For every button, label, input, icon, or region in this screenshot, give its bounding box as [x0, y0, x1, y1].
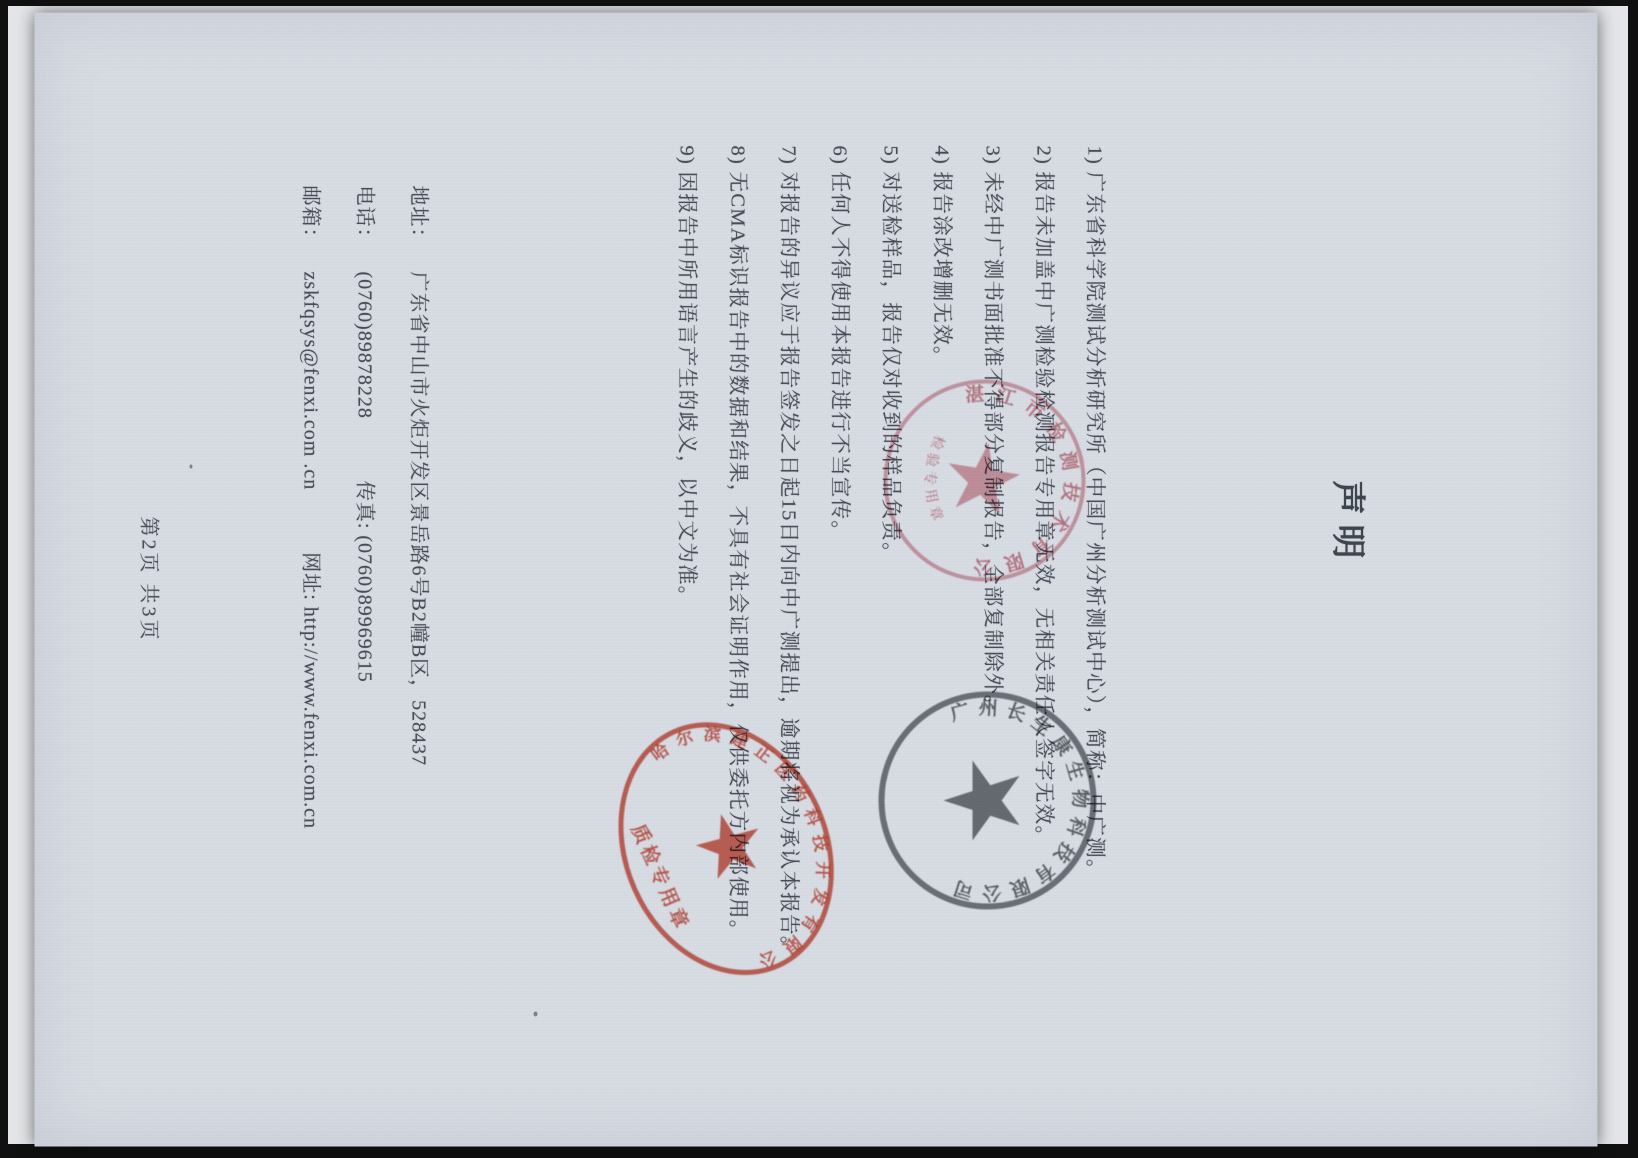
scan-speck: [534, 1012, 538, 1017]
stamp-round-pink: 湛江市检测技术有限公司 检验专用章: [870, 371, 1095, 591]
scan-frame: 声明 1) 广东省科学院测试分析研究所（中国广州分析测试中心），简称：中广测。 …: [0, 0, 1638, 1158]
document-page: 声明 1) 广东省科学院测试分析研究所（中国广州分析测试中心），简称：中广测。 …: [35, 13, 1598, 1147]
star-icon: [687, 810, 769, 891]
phone-label: 电话：: [338, 186, 392, 250]
phone-fax-row: 电话： (0760)89878228 传真: (0760)89969615: [338, 186, 392, 1046]
email-label: 邮箱：: [284, 186, 338, 250]
address-row: 地址： 广东省中山市火炬开发区景岳路6号B2幢B区，528437: [392, 186, 446, 1046]
email-value: zskfqsys@fenxi.com .cn: [300, 272, 322, 491]
fax-label: 传真:: [354, 481, 376, 530]
address-label: 地址：: [392, 186, 446, 250]
svg-text:检验专用章: 检验专用章: [922, 433, 948, 528]
star-icon: [944, 761, 1020, 841]
address-value: 广东省中山市火炬开发区景岳路6号B2幢B区，528437: [408, 272, 430, 767]
stamp-pink-bottom-text: 检验专用章: [922, 433, 948, 528]
stamp-round-gray: 广州长生康生物科技有限公司: [863, 681, 1108, 921]
website-label: 网址:: [300, 552, 322, 601]
page-footer: 第2页 共3页: [137, 13, 166, 1147]
email-web-row: 邮箱： zskfqsys@fenxi.com .cn 网址: http://ww…: [284, 186, 338, 1046]
website-value: http://www.fenxi.com.cn: [300, 607, 322, 829]
star-icon: [930, 433, 1030, 533]
phone-value: (0760)89878228: [354, 272, 376, 419]
page-title: 声明: [1327, 13, 1376, 1037]
stamp-red-inner-text: 质检专用章: [627, 821, 695, 935]
scan-speck: [190, 465, 193, 469]
contact-block: 地址： 广东省中山市火炬开发区景岳路6号B2幢B区，528437 电话： (07…: [284, 186, 446, 1046]
fax-value: (0760)89969615: [354, 535, 376, 682]
